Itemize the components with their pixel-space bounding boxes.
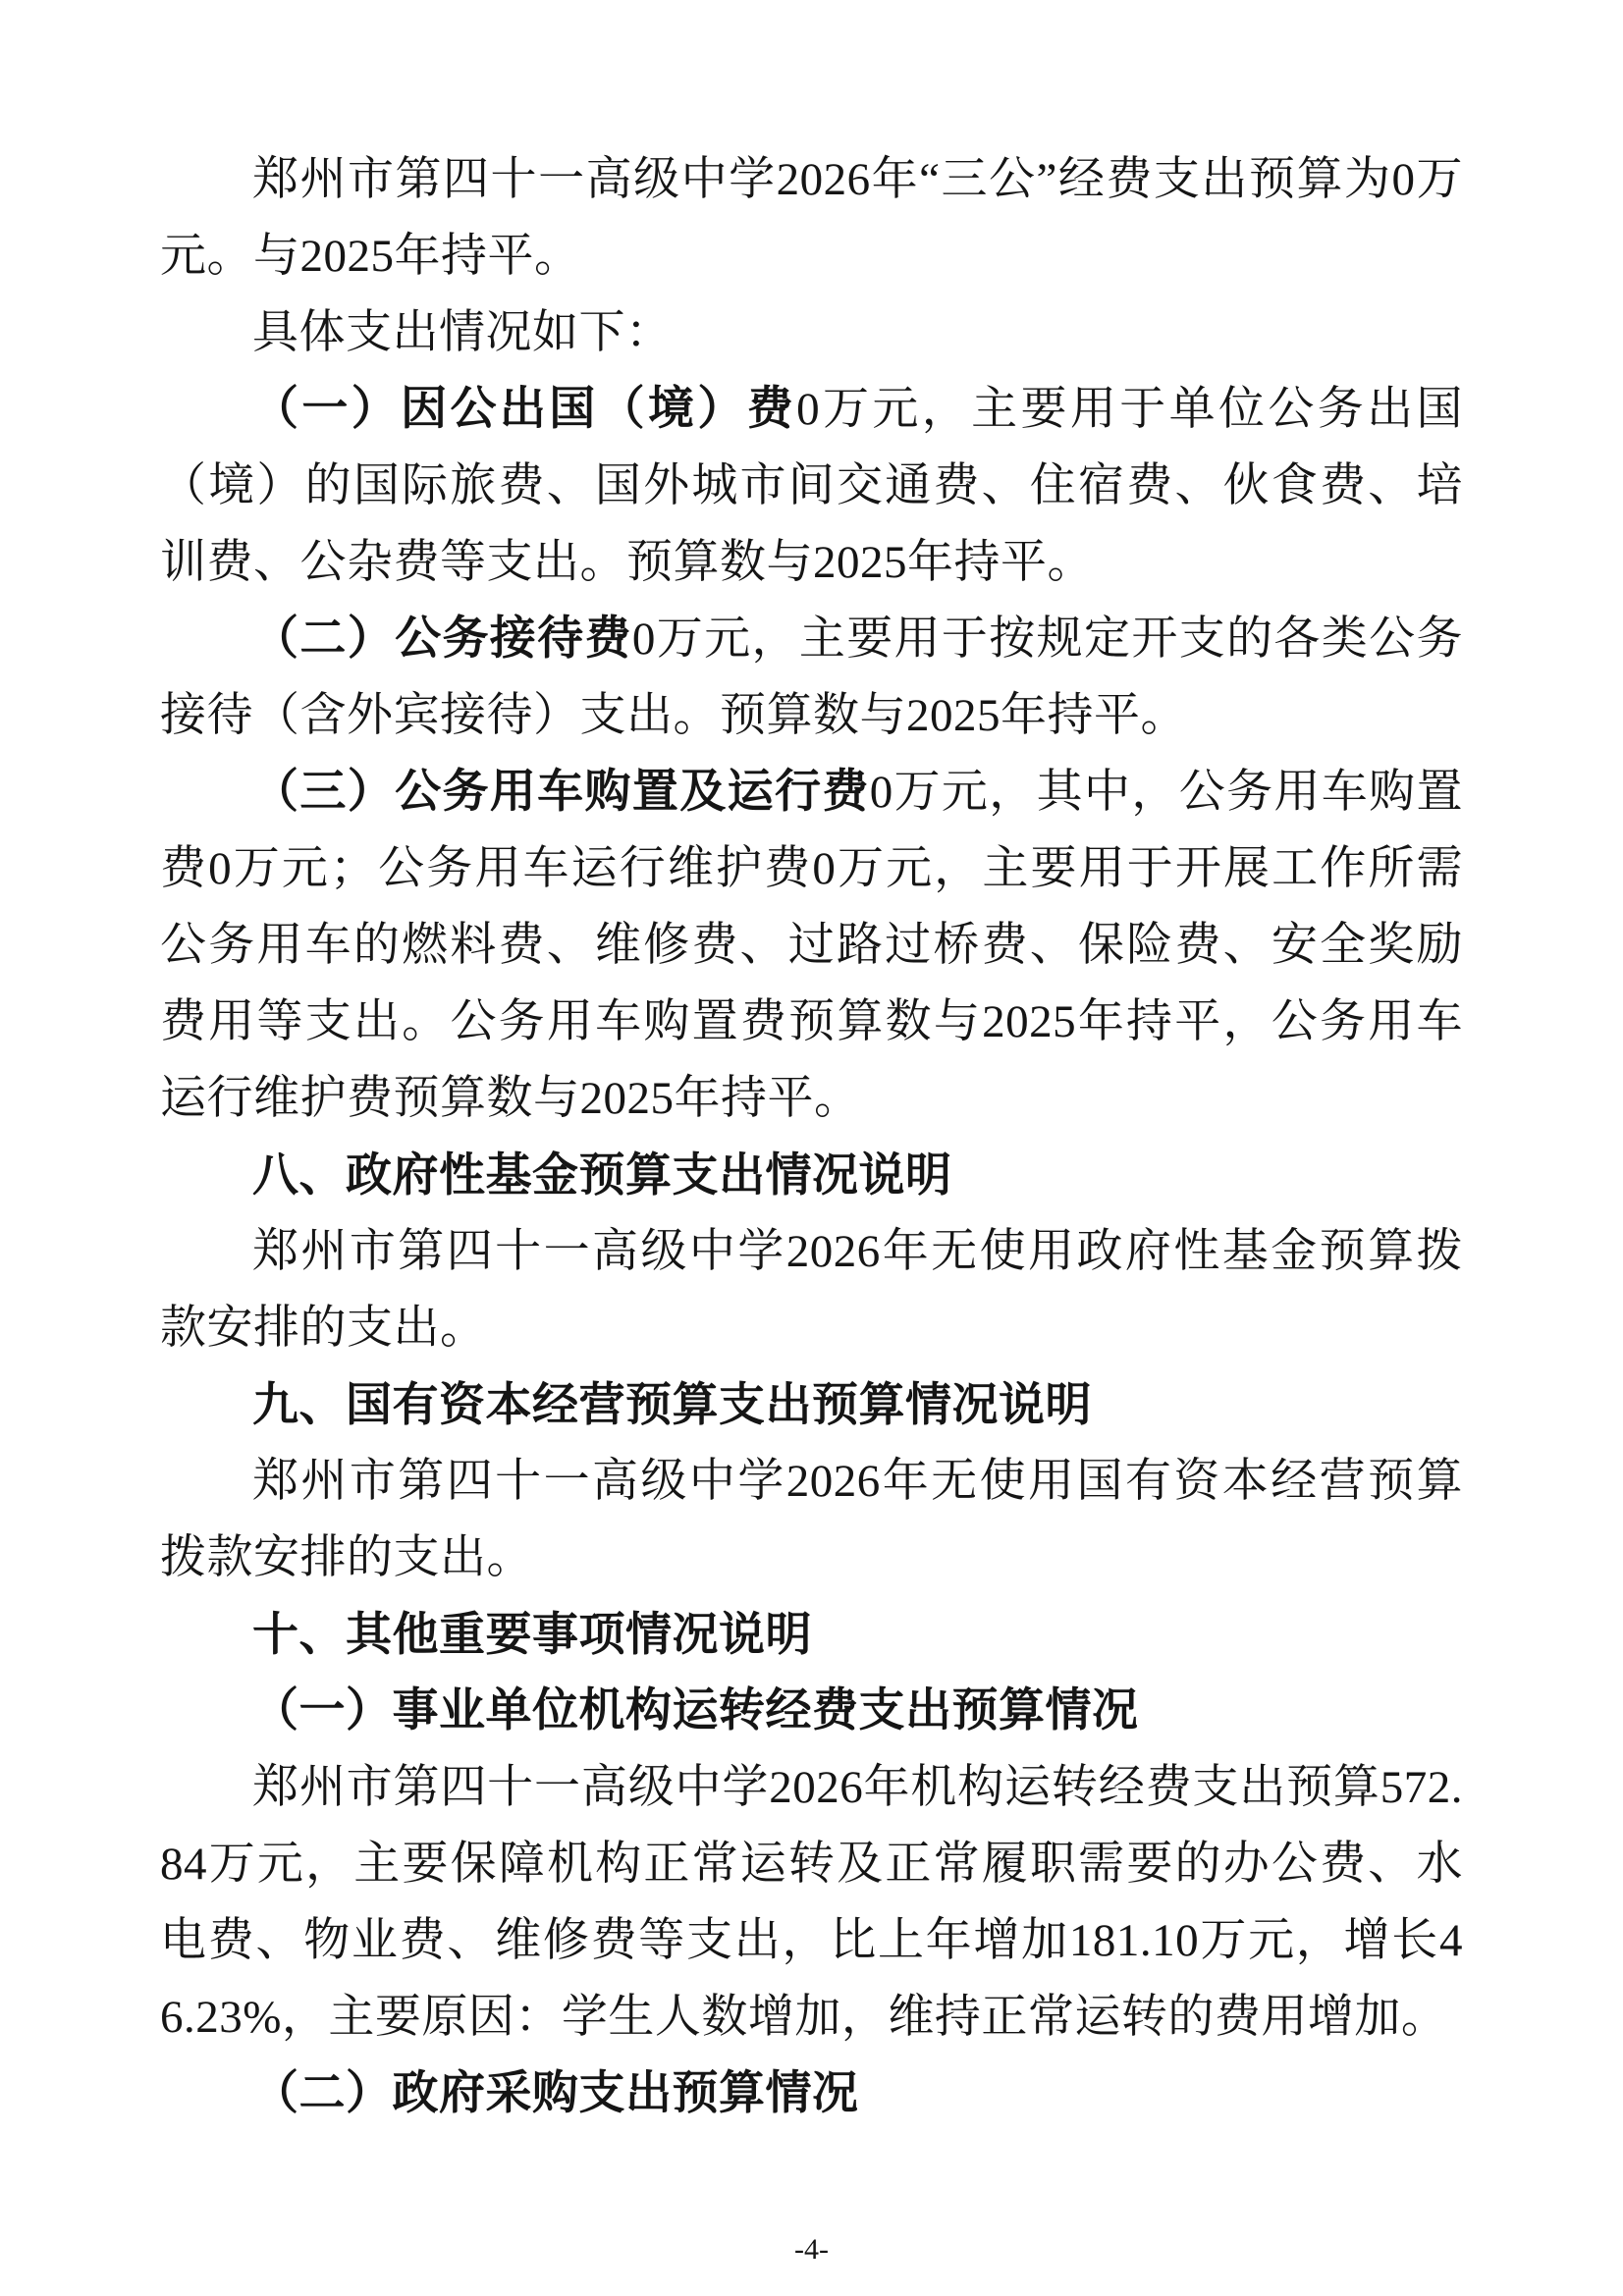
heading-section-8: 八、政府性基金预算支出情况说明	[160, 1137, 1463, 1213]
paragraph-lead: （三）公务用车购置及运行费	[252, 767, 870, 818]
heading-text: 九、国有资本经营预算支出预算情况说明	[252, 1378, 1092, 1430]
page-number: -4-	[0, 2230, 1623, 2269]
heading-text: （一）事业单位机构运转经费支出预算情况	[252, 1685, 1139, 1736]
document-content: 郑州市第四十一高级中学2026年“三公”经费支出预算为0万元。与2025年持平。…	[160, 141, 1463, 2132]
paragraph-text: 郑州市第四十一高级中学2026年“三公”经费支出预算为0万元。与2025年持平。	[160, 154, 1463, 282]
heading-text: 十、其他重要事项情况说明	[252, 1608, 812, 1660]
heading-text: 八、政府性基金预算支出情况说明	[252, 1148, 952, 1201]
paragraph-operating-cost-body: 郑州市第四十一高级中学2026年机构运转经费支出预算572.84万元，主要保障机…	[160, 1749, 1463, 2056]
heading-text: （二）政府采购支出预算情况	[252, 2068, 859, 2119]
paragraph-text: 郑州市第四十一高级中学2026年无使用政府性基金预算拨款安排的支出。	[160, 1226, 1463, 1354]
document-page: 郑州市第四十一高级中学2026年“三公”经费支出预算为0万元。与2025年持平。…	[0, 0, 1623, 2296]
paragraph-three-public-summary: 郑州市第四十一高级中学2026年“三公”经费支出预算为0万元。与2025年持平。	[160, 141, 1463, 294]
heading-section-9: 九、国有资本经营预算支出预算情况说明	[160, 1366, 1463, 1443]
paragraph-text: 具体支出情况如下：	[252, 307, 673, 358]
paragraph-item-1-abroad-fee: （一）因公出国（境）费0万元，主要用于单位公务出国（境）的国际旅费、国外城市间交…	[160, 371, 1463, 601]
paragraph-details-intro: 具体支出情况如下：	[160, 294, 1463, 371]
heading-section-10-item-1: （一）事业单位机构运转经费支出预算情况	[160, 1673, 1463, 1749]
paragraph-item-3-vehicle-fee: （三）公务用车购置及运行费0万元，其中，公务用车购置费0万元；公务用车运行维护费…	[160, 754, 1463, 1137]
paragraph-text: 0万元，其中，公务用车购置费0万元；公务用车运行维护费0万元，主要用于开展工作所…	[160, 767, 1463, 1124]
paragraph-item-2-reception-fee: （二）公务接待费0万元，主要用于按规定开支的各类公务接待（含外宾接待）支出。预算…	[160, 601, 1463, 754]
paragraph-lead: （一）因公出国（境）费	[252, 384, 796, 435]
paragraph-text: 郑州市第四十一高级中学2026年机构运转经费支出预算572.84万元，主要保障机…	[160, 1762, 1463, 2043]
paragraph-section-9-body: 郑州市第四十一高级中学2026年无使用国有资本经营预算拨款安排的支出。	[160, 1443, 1463, 1596]
paragraph-text: 郑州市第四十一高级中学2026年无使用国有资本经营预算拨款安排的支出。	[160, 1456, 1463, 1583]
heading-section-10: 十、其他重要事项情况说明	[160, 1596, 1463, 1673]
heading-section-10-item-2: （二）政府采购支出预算情况	[160, 2056, 1463, 2132]
paragraph-lead: （二）公务接待费	[252, 614, 632, 665]
paragraph-section-8-body: 郑州市第四十一高级中学2026年无使用政府性基金预算拨款安排的支出。	[160, 1213, 1463, 1366]
